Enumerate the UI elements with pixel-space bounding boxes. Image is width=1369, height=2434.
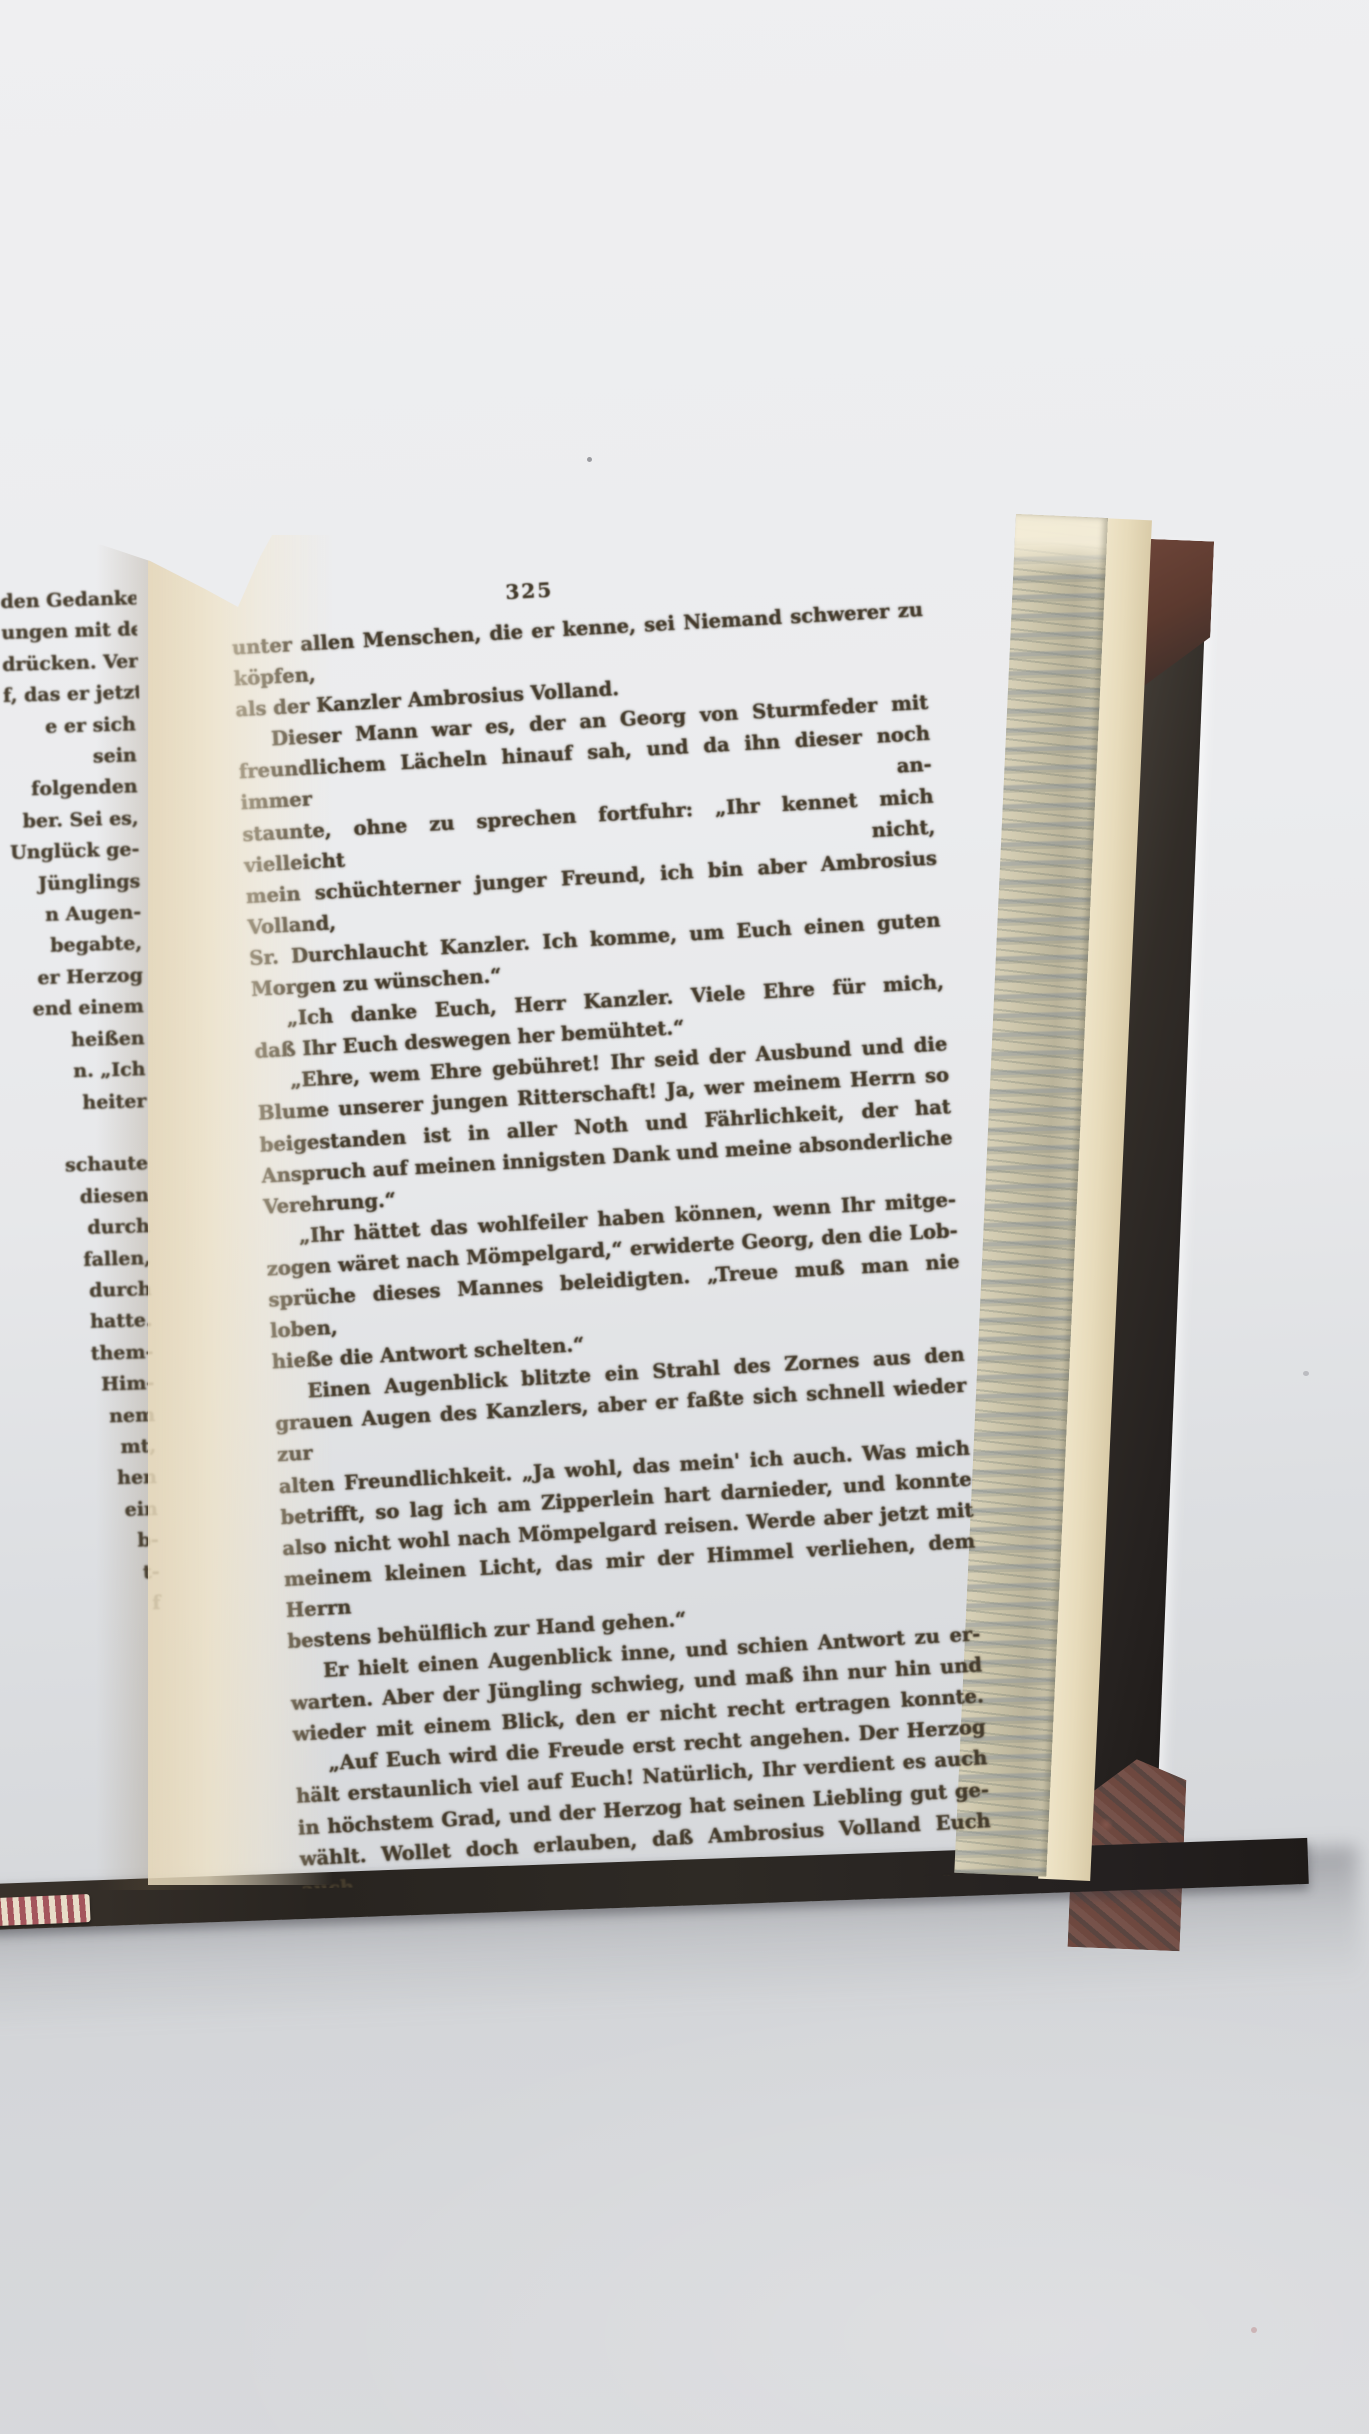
dust-speck xyxy=(1303,1371,1309,1376)
left-fragment: durch xyxy=(19,1274,156,1309)
left-fragment: Him- xyxy=(22,1368,159,1403)
photo-background: den Gedankenungen mit demdrücken. Ver-f,… xyxy=(0,0,1369,2434)
right-page-text: 325 unter allen Menschen, die er kenne, … xyxy=(229,557,995,1936)
left-fragment: fallen, xyxy=(18,1242,155,1277)
left-fragment: den Gedanken xyxy=(0,583,137,618)
left-fragment: f xyxy=(28,1588,165,1623)
left-fragment: ein xyxy=(25,1494,162,1529)
left-fragment: schaute xyxy=(16,1148,153,1183)
left-fragment: mt, xyxy=(24,1431,161,1466)
left-fragment xyxy=(15,1117,152,1152)
left-fragment: begabte, xyxy=(10,929,147,964)
left-fragment: nem xyxy=(23,1399,160,1434)
dust-speck xyxy=(587,457,592,462)
left-fragment: diesen xyxy=(17,1180,154,1215)
left-fragment: n. „Ich xyxy=(13,1054,150,1089)
left-fragment: b- xyxy=(26,1525,163,1560)
left-fragment: hen xyxy=(25,1462,162,1497)
left-fragment: them- xyxy=(21,1337,158,1372)
left-fragment: t- xyxy=(27,1556,164,1591)
left-fragment: Unglück ge- xyxy=(7,834,144,869)
right-page-lines: unter allen Menschen, die er kenne, sei … xyxy=(231,594,995,1937)
left-fragment: end einem xyxy=(11,991,148,1026)
left-fragment: sein xyxy=(4,740,141,775)
left-fragment: folgenden xyxy=(5,772,142,807)
left-fragment: er Herzog xyxy=(11,960,148,995)
left-fragment: n Augen- xyxy=(9,897,146,932)
left-fragment: drücken. Ver- xyxy=(2,646,139,681)
left-fragment: f, das er jetzt xyxy=(3,677,140,712)
spine-headband xyxy=(0,1894,91,1926)
left-fragment: ber. Sei es, xyxy=(6,803,143,838)
left-fragment: ungen mit dem xyxy=(1,615,138,650)
dust-speck xyxy=(1251,2327,1257,2333)
left-fragment: heiter xyxy=(14,1086,151,1121)
left-fragment: e er sich xyxy=(4,709,141,744)
left-fragment: durch xyxy=(18,1211,155,1246)
left-fragment: Jünglings xyxy=(8,866,145,901)
left-fragment: heißen xyxy=(12,1023,149,1058)
left-fragment: hatte. xyxy=(20,1305,157,1340)
gutter-blur-fade xyxy=(148,535,333,1885)
open-pages: den Gedankenungen mit demdrücken. Ver-f,… xyxy=(0,495,1102,1897)
